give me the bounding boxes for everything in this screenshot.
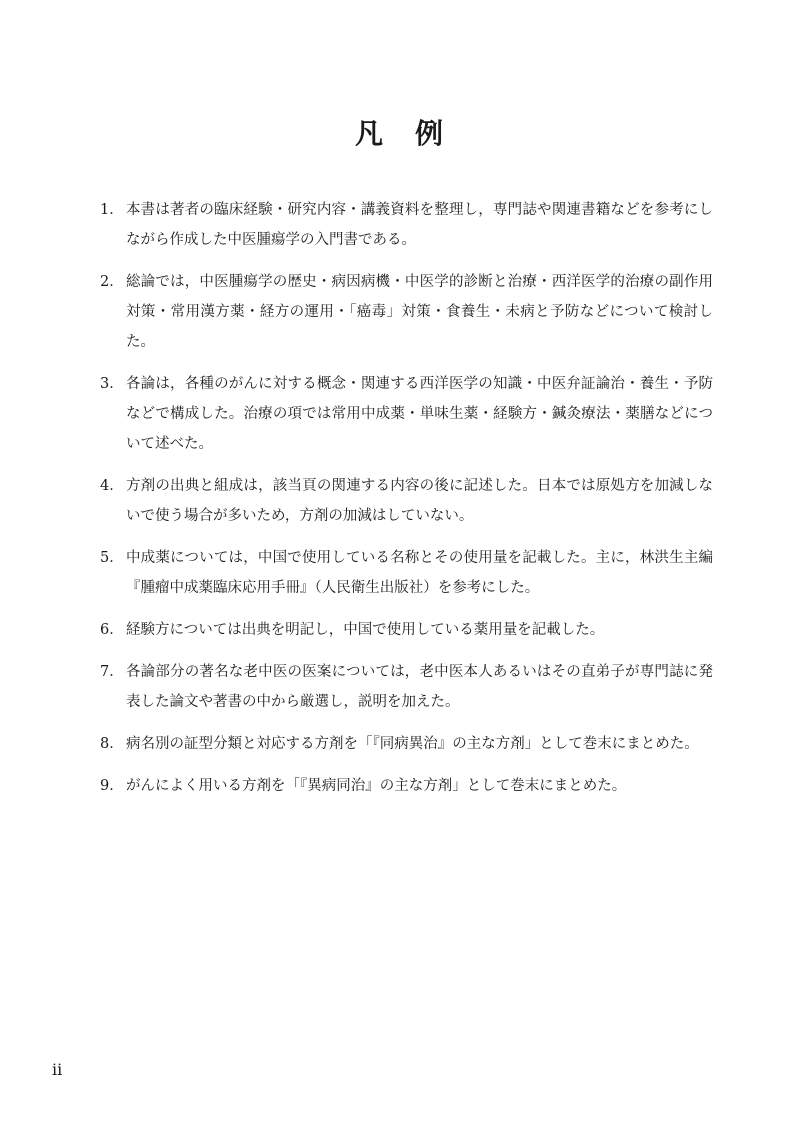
- legend-item-list: 1． 本書は著者の臨床経験・研究内容・講義資料を整理し，専門誌や関連書籍などを参…: [100, 195, 713, 813]
- legend-item-8: 8． 病名別の証型分類と対応する方剤を「『同病異治』の主な方剤」として巻末にまと…: [100, 729, 713, 759]
- item-number: 6．: [100, 615, 126, 645]
- item-text: がんによく用いる方剤を「『異病同治』の主な方剤」として巻末にまとめた。: [126, 771, 713, 801]
- legend-item-3: 3． 各論は，各種のがんに対する概念・関連する西洋医学の知識・中医弁証論治・養生…: [100, 369, 713, 459]
- item-number: 7．: [100, 657, 126, 687]
- item-text: 総論では，中医腫瘍学の歴史・病因病機・中医学的診断と治療・西洋医学的治療の副作用…: [126, 267, 713, 357]
- item-text: 各論は，各種のがんに対する概念・関連する西洋医学の知識・中医弁証論治・養生・予防…: [126, 369, 713, 459]
- legend-item-6: 6． 経験方については出典を明記し，中国で使用している薬用量を記載した。: [100, 615, 713, 645]
- page-title: 凡 例: [0, 117, 800, 150]
- item-number: 1．: [100, 195, 126, 225]
- item-number: 9．: [100, 771, 126, 801]
- item-text: 経験方については出典を明記し，中国で使用している薬用量を記載した。: [126, 615, 713, 645]
- item-number: 8．: [100, 729, 126, 759]
- item-text: 各論部分の著名な老中医の医案については，老中医本人あるいはその直弟子が専門誌に発…: [126, 657, 713, 717]
- item-number: 3．: [100, 369, 126, 399]
- book-page: 凡 例 1． 本書は著者の臨床経験・研究内容・講義資料を整理し，専門誌や関連書籍…: [0, 0, 800, 1129]
- legend-item-4: 4． 方剤の出典と組成は，該当頁の関連する内容の後に記述した。日本では原処方を加…: [100, 471, 713, 531]
- item-number: 2．: [100, 267, 126, 297]
- page-number: ii: [52, 1060, 62, 1080]
- legend-item-9: 9． がんによく用いる方剤を「『異病同治』の主な方剤」として巻末にまとめた。: [100, 771, 713, 801]
- item-text: 方剤の出典と組成は，該当頁の関連する内容の後に記述した。日本では原処方を加減しな…: [126, 471, 713, 531]
- item-number: 4．: [100, 471, 126, 501]
- item-text: 病名別の証型分類と対応する方剤を「『同病異治』の主な方剤」として巻末にまとめた。: [126, 729, 713, 759]
- item-text: 本書は著者の臨床経験・研究内容・講義資料を整理し，専門誌や関連書籍などを参考にし…: [126, 195, 713, 255]
- item-number: 5．: [100, 543, 126, 573]
- item-text: 中成薬については，中国で使用している名称とその使用量を記載した。主に，林洪生主編…: [126, 543, 713, 603]
- legend-item-1: 1． 本書は著者の臨床経験・研究内容・講義資料を整理し，専門誌や関連書籍などを参…: [100, 195, 713, 255]
- legend-item-5: 5． 中成薬については，中国で使用している名称とその使用量を記載した。主に，林洪…: [100, 543, 713, 603]
- legend-item-2: 2． 総論では，中医腫瘍学の歴史・病因病機・中医学的診断と治療・西洋医学的治療の…: [100, 267, 713, 357]
- legend-item-7: 7． 各論部分の著名な老中医の医案については，老中医本人あるいはその直弟子が専門…: [100, 657, 713, 717]
